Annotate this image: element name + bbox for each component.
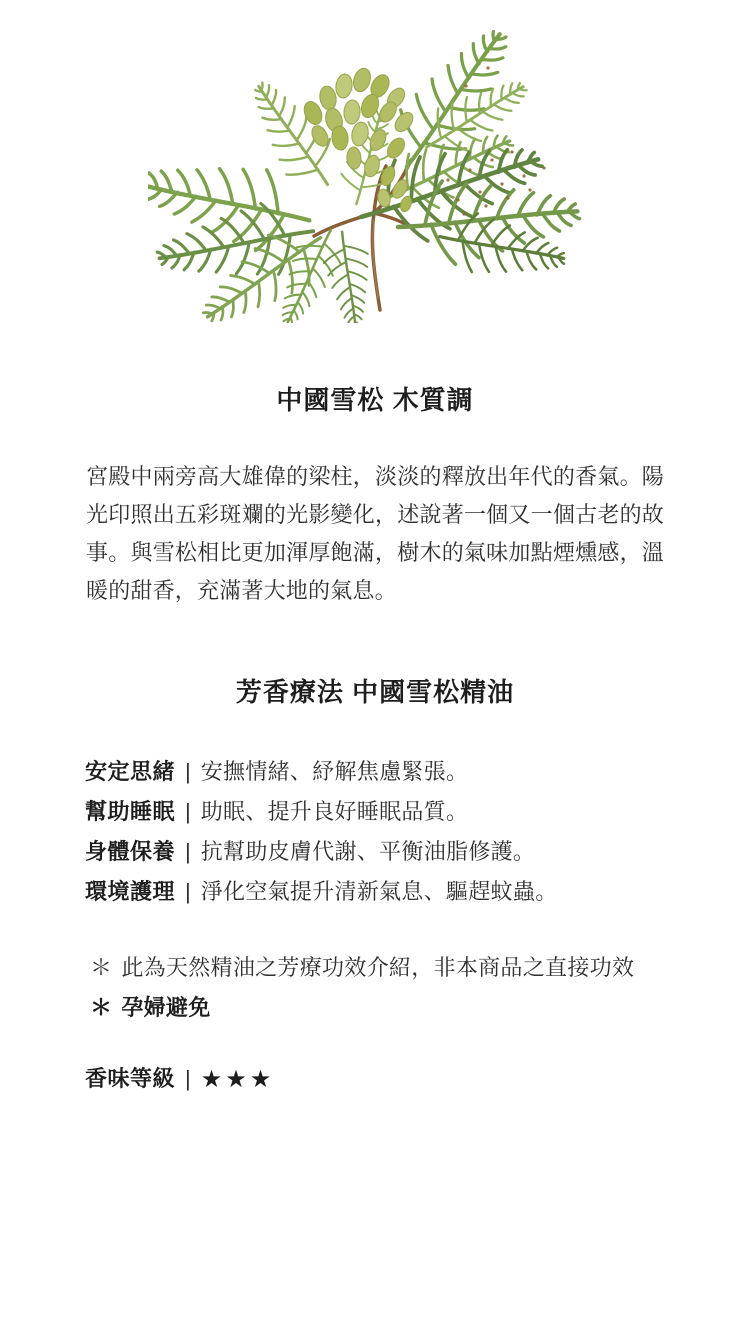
benefit-row-sleep: 幫助睡眠|助眠、提升良好睡眠品質。 [85,792,665,832]
scent-level-row: 香味等級|★★★ [85,1064,750,1094]
benefit-description: 淨化空氣提升清新氣息、驅趕蚊蟲。 [201,879,558,904]
benefit-description: 抗幫助皮膚代謝、平衡油脂修護。 [201,839,536,864]
benefit-divider: | [185,879,191,904]
benefit-description: 安撫情緒、紓解焦慮緊張。 [201,759,469,784]
benefit-divider: | [185,839,191,864]
benefit-row-environment: 環境護理|淨化空氣提升清新氣息、驅趕蚊蟲。 [85,872,665,912]
scent-description-paragraph: 宮殿中兩旁高大雄偉的梁柱，淡淡的釋放出年代的香氣。陽光印照出五彩斑斕的光影變化，… [86,458,664,610]
benefit-description: 助眠、提升良好睡眠品質。 [201,799,469,824]
cone-cluster [301,66,417,213]
benefit-label: 幫助睡眠 [85,799,175,824]
benefits-list: 安定思緒|安撫情緒、紓解焦慮緊張。 幫助睡眠|助眠、提升良好睡眠品質。 身體保養… [85,752,665,912]
benefit-row-body-care: 身體保養|抗幫助皮膚代謝、平衡油脂修護。 [85,832,665,872]
asterisk-icon: ＊ [90,955,112,980]
scent-level-label: 香味等級 [85,1066,175,1091]
note-pregnancy-warning: ＊孕婦避免 [90,988,665,1028]
benefit-label: 身體保養 [85,839,175,864]
benefit-label: 安定思緒 [85,759,175,784]
asterisk-icon: ＊ [90,995,112,1020]
scent-level-divider: | [185,1066,191,1091]
benefit-divider: | [185,759,191,784]
benefit-divider: | [185,799,191,824]
note-text: 此為天然精油之芳療功效介紹，非本商品之直接功效 [121,955,634,980]
benefit-label: 環境護理 [85,879,175,904]
aromatherapy-section-title: 芳香療法 中國雪松精油 [0,677,750,707]
star-rating: ★★★ [201,1066,275,1093]
benefit-row-calm: 安定思緒|安撫情緒、紓解焦慮緊張。 [85,752,665,792]
note-text: 孕婦避免 [121,995,210,1020]
page-title: 中國雪松 木質調 [0,385,750,415]
hero-image-area [0,0,750,322]
cedar-sprig-illustration [148,8,608,323]
disclaimer-notes: ＊此為天然精油之芳療功效介紹，非本商品之直接功效 ＊孕婦避免 [90,948,665,1028]
note-disclaimer: ＊此為天然精油之芳療功效介紹，非本商品之直接功效 [90,948,665,988]
